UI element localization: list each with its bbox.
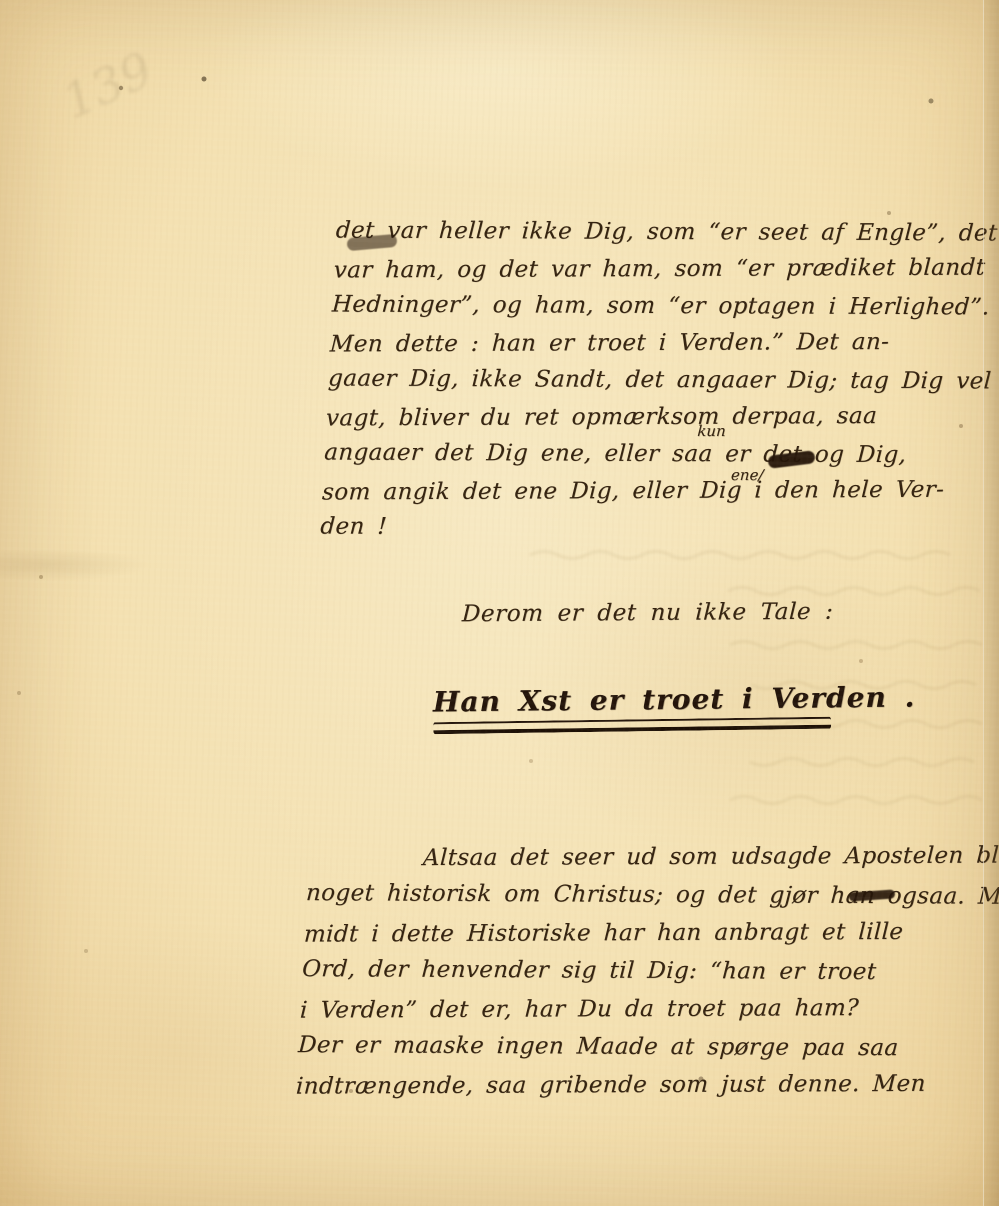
section-heading: Han Xst er troet i Verden . [433, 680, 916, 718]
text-line: Ord, der henvender sig til Dig: “han er … [301, 950, 999, 992]
text-line: Men dette : han er troet i Verden.” Det … [329, 324, 994, 364]
text-line: indtrængende, saa gribende som just denn… [295, 1064, 999, 1105]
text-line: Der er maaske ingen Maade at spørge paa … [297, 1026, 999, 1068]
interlinear-insert-kun: kun [697, 422, 726, 440]
handwritten-paragraph-2: Altsaa det seer ud som udsagde Apostelen… [295, 838, 999, 1104]
text-line: Altsaa det seer ud som udsagde Apostelen… [307, 836, 999, 877]
text-line: angaaer det Dig ene, eller saa er det og… [323, 435, 988, 475]
text-line: vagt, bliver du ret opmærksom derpaa, sa… [325, 398, 990, 438]
manuscript-page: 139 det var heller ikke Dig, som “er see… [0, 0, 999, 1206]
handwritten-paragraph-1: det var heller ikke Dig, som “er seet af… [319, 214, 999, 547]
page-edge-fold [983, 0, 999, 1206]
section-heading-block: Han Xst er troet i Verden . [433, 680, 916, 733]
text-line: var ham, og det var ham, som “er prædike… [333, 250, 998, 290]
text-line: som angik det ene Dig, eller Dig i den h… [321, 472, 986, 512]
text-line: det var heller ikke Dig, som “er seet af… [335, 213, 999, 253]
interlinear-insert-ene: ene/ [731, 466, 764, 484]
text-line: Hedninger”, og ham, som “er optagen i He… [331, 287, 996, 327]
text-line: midt i dette Historiske har han anbragt … [303, 912, 999, 953]
intro-line: Derom er det nu ikke Tale : [461, 599, 834, 628]
text-line: gaaer Dig, ikke Sandt, det angaaer Dig; … [327, 361, 992, 401]
faint-page-number: 139 [55, 42, 161, 130]
text-line: den ! [319, 509, 984, 549]
text-line: i Verden” det er, har Du da troet paa ha… [299, 988, 999, 1029]
paper-specks [0, 0, 2, 2]
